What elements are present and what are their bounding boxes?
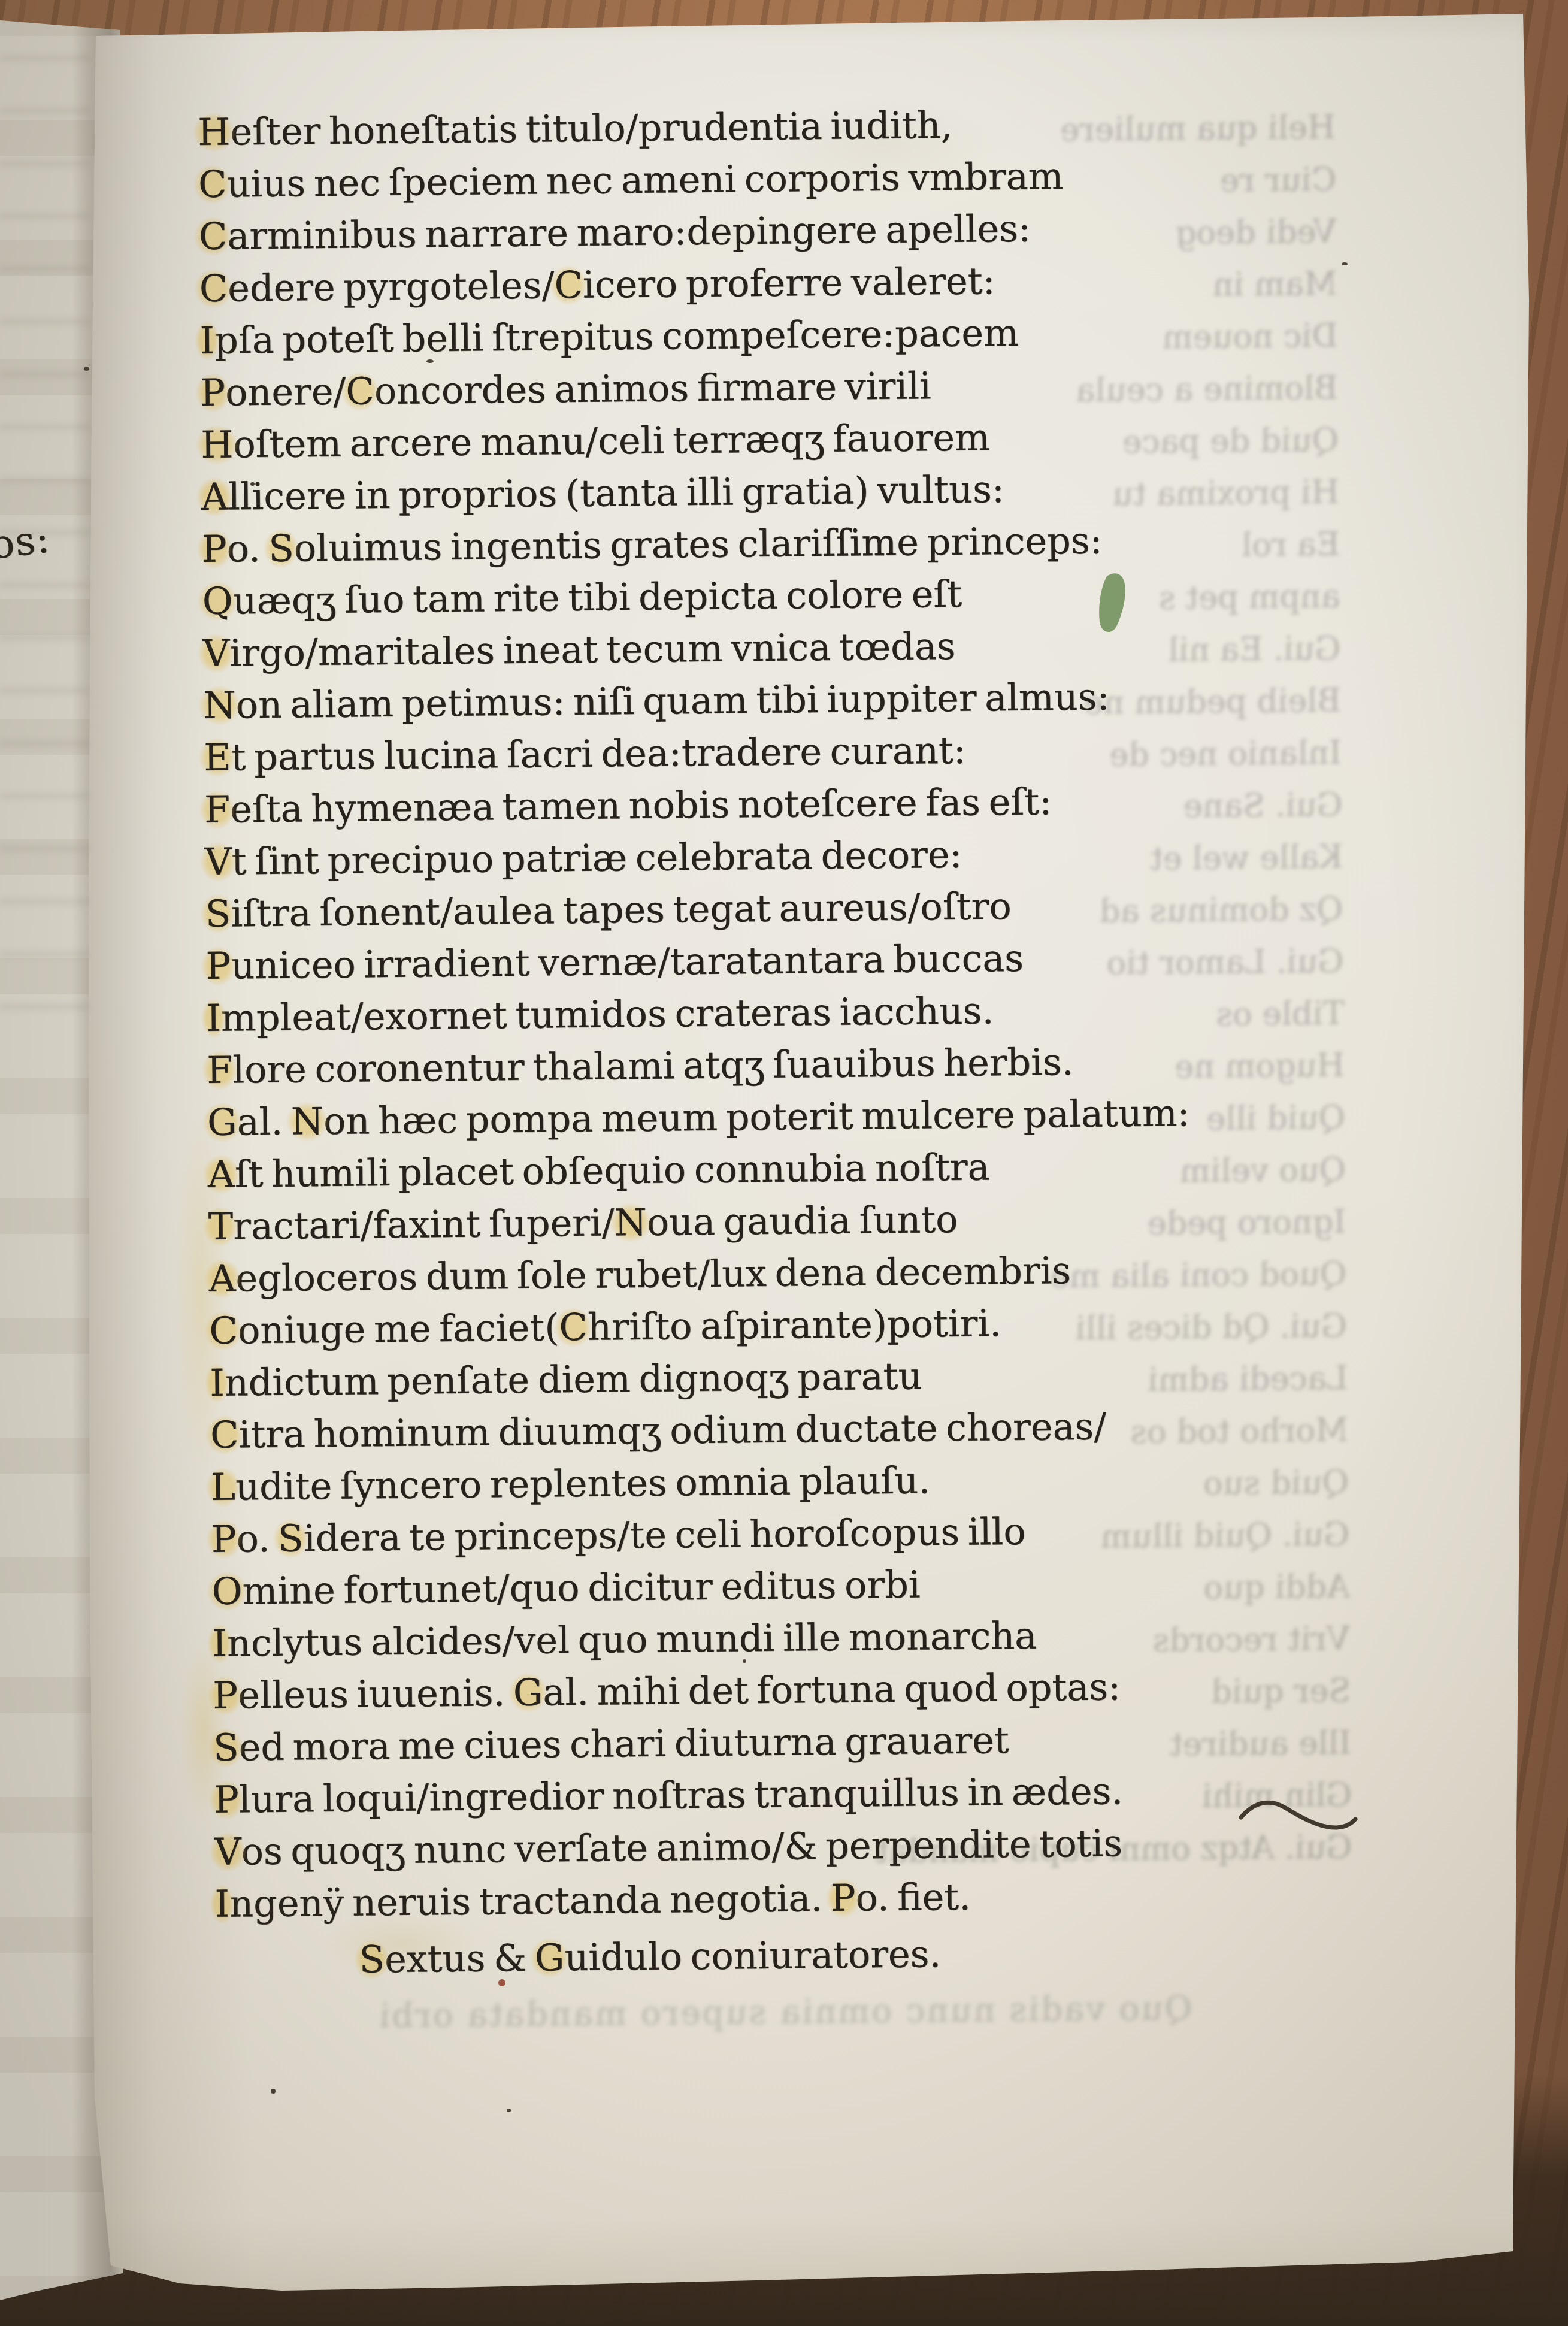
- paper-speck: [250, 482, 255, 486]
- verse-line: Allicere in proprios (tanta illi gratia)…: [201, 471, 1004, 516]
- verse-line: Plura loqui/ingredior noſtras tranquillu…: [214, 1773, 1124, 1819]
- washed-initial: V: [198, 633, 234, 673]
- washed-initial: N: [198, 685, 241, 725]
- closing-line: Sextus & Guidulo coniuratores.: [359, 1935, 941, 1978]
- verse-line: Carminibus narrare maro:depingere apelle…: [199, 210, 1031, 255]
- verse-line: Cuius nec ſpeciem nec ameni corporis vmb…: [198, 158, 1064, 203]
- verse-line: Pelleus iuuenis. Gal. mihi det fortuna q…: [213, 1668, 1121, 1714]
- washed-initial: S: [200, 894, 235, 934]
- verse-line: Impleat/exornet tumidos crateras iacchus…: [206, 992, 994, 1037]
- verse-line: Omine fortunet/quo dicitur editus orbi: [211, 1566, 921, 1610]
- verse-line: Ipſa poteſt belli ſtrepitus compeſcere:p…: [199, 314, 1019, 359]
- washed-initial: L: [206, 1467, 241, 1507]
- verse-line: Quæqʒ ſuo tam rite tibi depicta colore e…: [202, 576, 962, 620]
- washed-initial: P: [195, 373, 230, 413]
- verse-line: Virgo/maritales ineat tecum vnica tœdas: [202, 628, 956, 672]
- verse-line: Feſta hymenæa tamen nobis noteſcere fas …: [204, 783, 1052, 828]
- washed-initial: G: [202, 1102, 242, 1142]
- washed-initial: C: [341, 371, 379, 412]
- verse-line: Heſter honeſtatis titulo/prudentia iudit…: [198, 107, 953, 151]
- verse-line: Puniceo irradient vernæ/taratantara bucc…: [205, 940, 1024, 985]
- washed-initial: P: [208, 1675, 243, 1716]
- paper-speck: [271, 2089, 276, 2094]
- washed-initial: V: [209, 1832, 246, 1872]
- washed-initial: A: [203, 1154, 240, 1194]
- washed-initial: P: [206, 1519, 241, 1559]
- verse-line: Gal. Non hæc pompa meum poterit mulcere …: [207, 1094, 1190, 1141]
- verse-line: Siſtra ſonent/aulea tapes tegat aureus/o…: [205, 888, 1011, 933]
- washed-initial: G: [530, 1938, 570, 1978]
- verse-line: Vt ſint precipuo patriæ celebrata decore…: [205, 836, 962, 881]
- verse-line: Aſt humili placet obſequio connubia noſt…: [208, 1148, 990, 1193]
- washed-initial: I: [195, 321, 219, 361]
- verse-line: Et partus lucina ſacri dea:tradere curan…: [204, 732, 966, 776]
- washed-initial: F: [199, 790, 235, 830]
- paper-speck: [1342, 262, 1348, 265]
- verse-line: Ponere/Concordes animos firmare virili: [200, 367, 931, 412]
- washed-initial: C: [204, 1311, 243, 1351]
- verse-line: Hoſtem arcere manu/celi terræqʒ fauorem: [201, 419, 990, 464]
- verse-line: Indictum penſate diem dignoqʒ paratu: [210, 1357, 922, 1401]
- washed-initial: P: [825, 1879, 860, 1919]
- washed-initial: V: [200, 842, 237, 882]
- paper-speck: [507, 2109, 511, 2112]
- washed-initial: G: [508, 1673, 548, 1713]
- washed-initial: F: [202, 1050, 238, 1090]
- washed-initial: P: [209, 1780, 244, 1820]
- verse-line: Ludite ſyncero replentes omnia plauſu.: [211, 1462, 931, 1506]
- photo-of-incunable-page: Heli qua muliereCiur reVedi deogMam inDi…: [0, 0, 1568, 2326]
- verse-line: Non aliam petimus: niſi quam tibi iuppit…: [203, 678, 1110, 724]
- washed-initial: N: [286, 1102, 328, 1142]
- washed-initial: I: [210, 1885, 234, 1924]
- verse-line: Vos quoqʒ nunc verſate animo/& perpendit…: [214, 1825, 1122, 1871]
- verse-line: Citra hominum diuumqʒ odium ductate chor…: [210, 1408, 1107, 1454]
- washed-initial: T: [203, 1206, 238, 1247]
- washed-initial: O: [207, 1571, 247, 1611]
- verse-line: Aegloceros dum ſole rubet/lux dena decem…: [208, 1252, 1071, 1297]
- washed-initial: Q: [197, 581, 237, 621]
- washed-initial: S: [354, 1940, 389, 1980]
- verse-line: Flore coronentur thalami atqʒ ſuauibus h…: [207, 1043, 1074, 1089]
- verse-line: Ingenÿ neruis tractanda negotia. Po. fie…: [214, 1879, 971, 1923]
- washed-initial: S: [208, 1728, 244, 1768]
- paper-speck: [743, 1659, 746, 1663]
- washed-initial: C: [205, 1415, 244, 1455]
- verse-line: Tractari/faxint ſuperi/Noua gaudia ſunto: [208, 1201, 958, 1245]
- verse-line: Inclytus alcides/vel quo mundi ille mona…: [212, 1617, 1037, 1662]
- washed-initial: P: [197, 529, 232, 569]
- washed-initial: H: [193, 112, 235, 152]
- washed-initial: C: [193, 164, 232, 204]
- marginal-text-fragment: os:: [0, 515, 52, 568]
- washed-initial: I: [207, 1624, 232, 1663]
- paper-speck: [426, 359, 434, 363]
- washed-initial: E: [199, 737, 236, 778]
- washed-initial: C: [194, 268, 232, 308]
- verse-line: Coniuge me faciet(Chriſto aſpirante)poti…: [209, 1305, 1001, 1350]
- washed-initial: N: [609, 1203, 652, 1243]
- paper-speck: [84, 367, 89, 371]
- washed-initial: P: [201, 946, 235, 986]
- washed-initial: C: [194, 216, 232, 256]
- washed-initial: S: [264, 528, 299, 568]
- washed-initial: S: [273, 1519, 308, 1559]
- washed-initial: I: [205, 1363, 229, 1403]
- verse-layer: Heſter honeſtatis titulo/prudentia iudit…: [0, 0, 1568, 2326]
- washed-initial: I: [201, 999, 226, 1038]
- washed-initial: C: [554, 1308, 592, 1348]
- washed-initial: A: [196, 477, 233, 517]
- verse-line: Cedere pyrgoteles/Cicero proferre valere…: [199, 262, 995, 307]
- verse-line: Po. Sidera te princeps/te celi horoſcopu…: [211, 1513, 1025, 1558]
- verse-line: Po. Soluimus ingentis grates clariſſime …: [202, 522, 1103, 568]
- washed-initial: A: [204, 1259, 240, 1299]
- washed-initial: C: [549, 265, 588, 306]
- washed-initial: H: [196, 425, 238, 465]
- verse-line: Sed mora me ciues chari diuturna grauare…: [213, 1722, 1009, 1767]
